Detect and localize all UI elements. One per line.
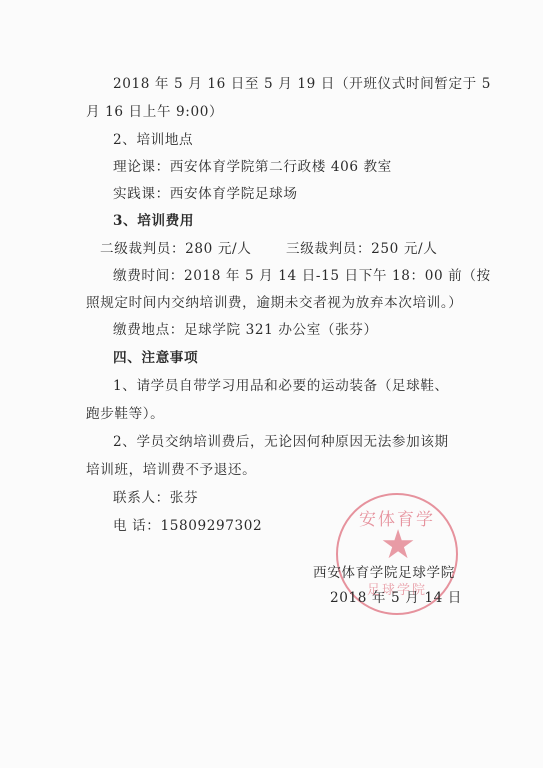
signature-date: 2018 年 5 月 14 日 — [330, 589, 462, 607]
text-line: 1、请学员自带学习用品和必要的运动装备（足球鞋、 — [113, 377, 449, 395]
document-page: 2018 年 5 月 16 日至 5 月 19 日（开班仪式时间暂定于 5月 1… — [0, 0, 543, 768]
text-line: 2018 年 5 月 16 日至 5 月 19 日（开班仪式时间暂定于 5 — [113, 75, 491, 93]
text-line: 照规定时间内交纳培训费，逾期未交者视为放弃本次培训。） — [86, 294, 462, 312]
text-line: 二级裁判员：280 元/人 — [100, 240, 251, 258]
text-line: 缴费地点：足球学院 321 办公室（张芬） — [113, 321, 378, 339]
text-line: 2、学员交纳培训费后，无论因何种原因无法参加该期 — [113, 433, 449, 451]
text-line: 月 16 日上午 9:00） — [86, 103, 223, 121]
text-line: 联系人：张芬 — [113, 489, 198, 507]
star-icon: ★ — [378, 525, 418, 565]
text-line: 理论课：西安体育学院第二行政楼 406 教室 — [113, 158, 392, 176]
text-line: 2、培训地点 — [113, 131, 193, 149]
text-line: 缴费时间：2018 年 5 月 14 日-15 日下午 18：00 前（按 — [113, 267, 491, 285]
text-line: 三级裁判员：250 元/人 — [286, 240, 437, 258]
text-line: 3、培训费用 — [113, 212, 194, 230]
text-line: 培训班，培训费不予退还。 — [86, 461, 256, 479]
text-line: 四、注意事项 — [113, 349, 198, 367]
text-line: 实践课：西安体育学院足球场 — [113, 185, 298, 203]
signature-organization: 西安体育学院足球学院 — [313, 564, 455, 582]
text-line: 跑步鞋等）。 — [86, 405, 164, 423]
text-line: 电 话：15809297302 — [113, 517, 262, 535]
